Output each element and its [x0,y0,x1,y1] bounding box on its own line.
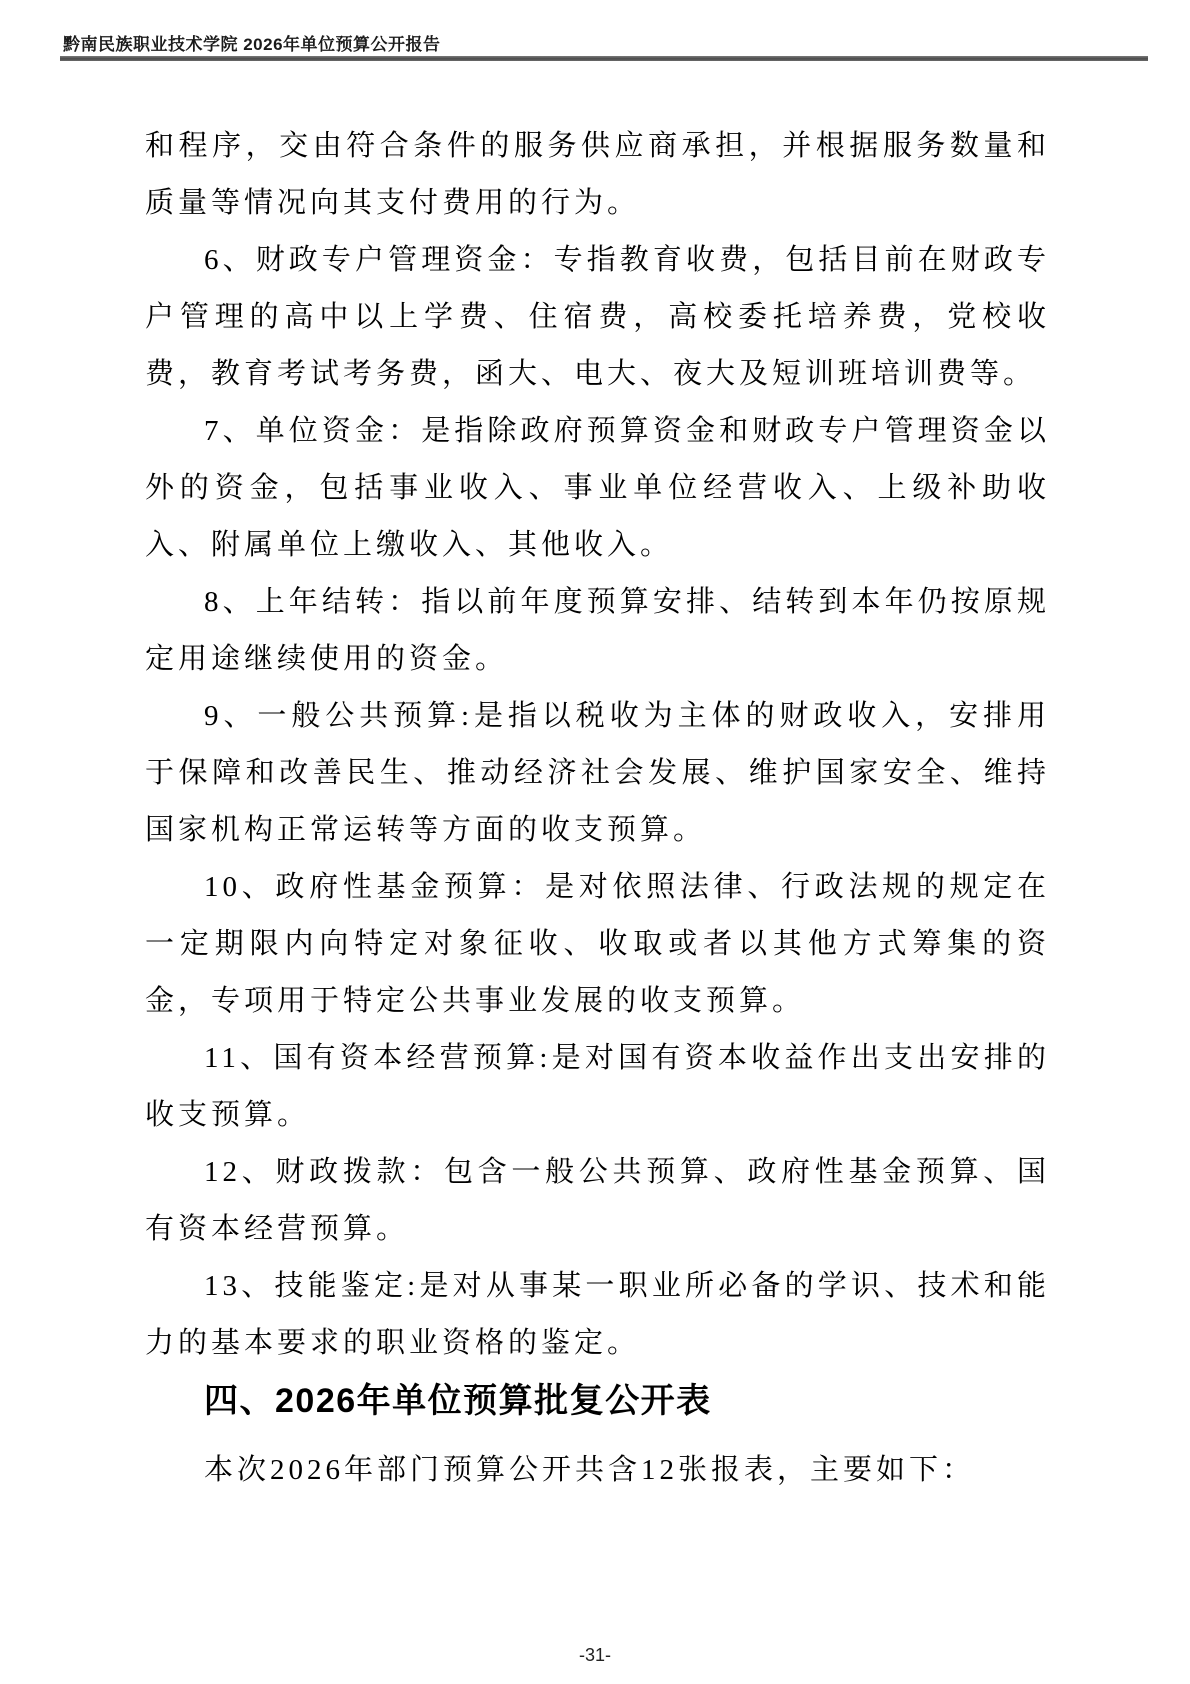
body-paragraph-item-6: 6、财政专户管理资金：专指教育收费，包括目前在财政专户管理的高中以上学费、住宿费… [145,232,1050,403]
page-number: -31- [579,1645,611,1665]
body-paragraph-item-8: 8、上年结转：指以前年度预算安排、结转到本年仍按原规定用途继续使用的资金。 [145,574,1050,688]
body-paragraph-item-9: 9、一般公共预算:是指以税收为主体的财政收入，安排用于保障和改善民生、推动经济社… [145,688,1050,859]
closing-paragraph: 本次2026年部门预算公开共含12张报表，主要如下： [145,1442,1050,1499]
page-footer: -31- [0,1645,1190,1666]
body-paragraph-item-11: 11、国有资本经营预算:是对国有资本收益作出支出安排的收支预算。 [145,1030,1050,1144]
body-paragraph-item-12: 12、财政拨款：包含一般公共预算、政府性基金预算、国有资本经营预算。 [145,1144,1050,1258]
page-header: 黔南民族职业技术学院 2026年单位预算公开报告 [60,30,1148,55]
body-paragraph-item-13: 13、技能鉴定:是对从事某一职业所必备的学识、技术和能力的基本要求的职业资格的鉴… [145,1258,1050,1372]
body-paragraph-item-10: 10、政府性基金预算：是对依照法律、行政法规的规定在一定期限内向特定对象征收、收… [145,859,1050,1030]
header-rule [60,56,1148,61]
document-page: 黔南民族职业技术学院 2026年单位预算公开报告 和程序，交由符合条件的服务供应… [0,0,1190,1684]
body-paragraph-item-7: 7、单位资金：是指除政府预算资金和财政专户管理资金以外的资金，包括事业收入、事业… [145,403,1050,574]
body-paragraph-continuation: 和程序，交由符合条件的服务供应商承担，并根据服务数量和质量等情况向其支付费用的行… [145,118,1050,232]
page-header-title: 黔南民族职业技术学院 2026年单位预算公开报告 [63,35,441,54]
document-body: 和程序，交由符合条件的服务供应商承担，并根据服务数量和质量等情况向其支付费用的行… [145,118,1050,1499]
section-heading: 四、2026年单位预算批复公开表 [145,1372,1050,1430]
